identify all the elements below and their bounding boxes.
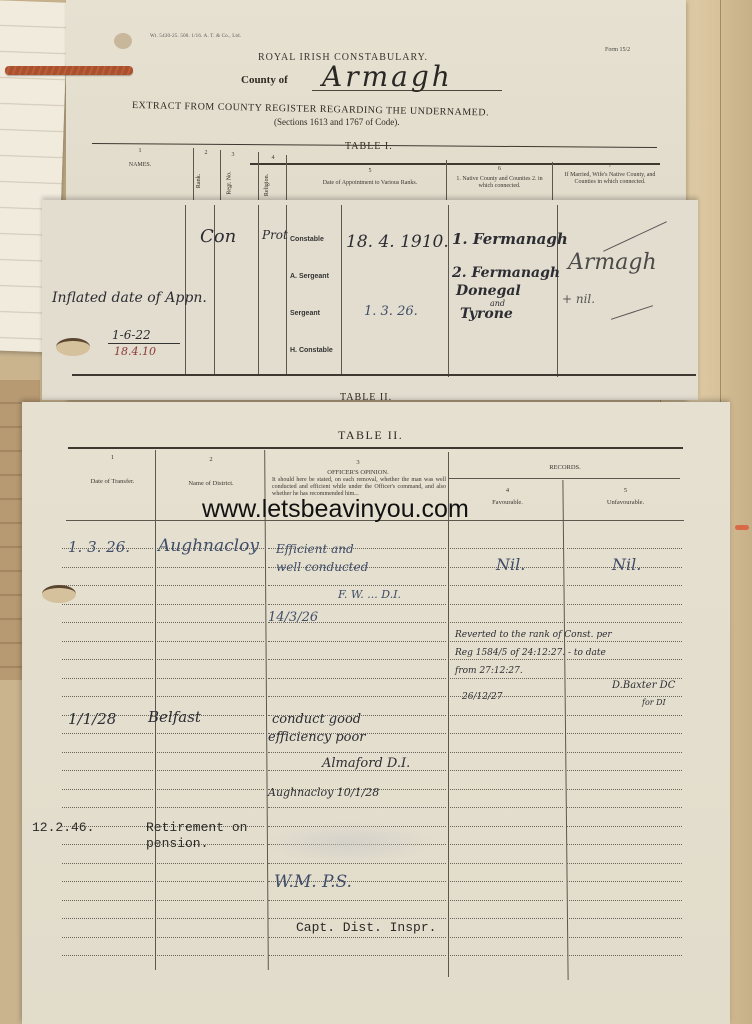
dotted-rule — [268, 937, 446, 938]
table1-title: TABLE I. — [345, 141, 393, 152]
dotted-rule — [268, 696, 446, 697]
dotted-rule — [450, 844, 563, 845]
dotted-rule — [268, 678, 446, 679]
dotted-rule — [157, 752, 264, 753]
dotted-rule — [62, 807, 153, 808]
row3-opinion-line1: conduct good — [272, 712, 361, 727]
dotted-rule — [450, 622, 563, 623]
t2-col3-label: OFFICER'S OPINION. — [270, 469, 446, 476]
t1-col3-num: 3 — [223, 152, 243, 159]
t2-col4-num: 4 — [450, 487, 565, 494]
dotted-rule — [450, 585, 563, 586]
row3-place-date: Aughnacloy 10/1/28 — [268, 786, 379, 799]
records-rule — [448, 478, 680, 479]
dotted-rule — [450, 826, 563, 827]
dotted-rule — [157, 733, 264, 734]
county-label: County of — [241, 74, 288, 86]
connected-county-3: Tyrone — [460, 306, 513, 322]
binding-string — [5, 66, 133, 75]
dotted-rule — [157, 622, 264, 623]
dotted-rule — [567, 881, 682, 882]
dotted-rule — [157, 789, 264, 790]
table2-title: TABLE II. — [338, 428, 403, 443]
dotted-rule — [62, 604, 153, 605]
rank-value: Con — [200, 226, 236, 247]
t1-col1-label: NAMES. — [110, 162, 170, 169]
row1-opinion-line2: well conducted — [276, 560, 368, 574]
row4-district: Retirement on pension. — [146, 820, 256, 852]
t1-col4-label: Religion. — [264, 174, 270, 196]
dotted-rule — [157, 641, 264, 642]
rank-label-a-sergeant: A. Sergeant — [290, 273, 329, 280]
dotted-rule — [157, 937, 264, 938]
dotted-rule — [62, 585, 153, 586]
dotted-rule — [157, 807, 264, 808]
form-number: Form 15/2 — [605, 47, 630, 53]
row3-date: 1/1/28 — [68, 710, 116, 728]
t1-body-divider — [341, 205, 342, 375]
dotted-rule — [268, 604, 446, 605]
t1-col5-num: 5 — [300, 168, 440, 175]
rank-label-h-constable: H. Constable — [290, 347, 333, 354]
dotted-rule — [157, 678, 264, 679]
connected-county-2: Donegal — [456, 283, 521, 299]
dotted-rule — [567, 844, 682, 845]
t2-col5-label: Unfavourable. — [568, 499, 683, 506]
dotted-rule — [567, 622, 682, 623]
dotted-rule — [450, 807, 563, 808]
county-value: Armagh — [322, 60, 453, 93]
row3-signature: Almaford D.I. — [322, 756, 410, 771]
dotted-rule — [567, 715, 682, 716]
dotted-rule — [62, 937, 153, 938]
dotted-rule — [567, 826, 682, 827]
dotted-rule — [567, 678, 682, 679]
dotted-rule — [62, 844, 153, 845]
dotted-rule — [157, 918, 264, 919]
constable-date: 18. 4. 1910. — [346, 232, 449, 252]
row1-signed-date: 14/3/26 — [268, 610, 318, 625]
dotted-rule — [268, 918, 446, 919]
dotted-rule — [450, 715, 563, 716]
dotted-rule — [157, 696, 264, 697]
row4-date: 12.2.46. — [32, 820, 94, 835]
record-signature-sub: for DI — [642, 698, 666, 707]
rank-label-constable: Constable — [290, 236, 324, 243]
record-note-line2: Reg 1584/5 of 24:12:27. - to date — [455, 648, 606, 658]
dotted-rule — [157, 567, 264, 568]
dotted-rule — [450, 548, 563, 549]
dotted-rule — [62, 770, 153, 771]
dotted-rule — [62, 567, 153, 568]
dotted-rule — [567, 918, 682, 919]
dotted-rule — [268, 585, 446, 586]
t1-col3-label: Regr. No. — [227, 171, 233, 194]
row1-signature: F. W. ... D.I. — [338, 588, 401, 601]
row3-opinion-line2: efficiency poor — [268, 730, 366, 745]
t1-col6-num: 6 — [452, 166, 547, 173]
dotted-rule — [157, 955, 264, 956]
wife-county: Armagh — [568, 250, 657, 275]
dotted-rule — [450, 918, 563, 919]
dotted-rule — [567, 696, 682, 697]
wife-connected: + nil. — [562, 292, 595, 306]
religion-value: Prot — [262, 228, 288, 242]
dotted-rule — [157, 900, 264, 901]
dotted-rule — [157, 604, 264, 605]
rank-label-sergeant: Sergeant — [290, 310, 320, 317]
t1-col6-label: 1. Native County and Counties 2. in whic… — [452, 176, 547, 190]
dotted-rule — [62, 733, 153, 734]
dotted-rule — [450, 881, 563, 882]
dotted-rule — [62, 900, 153, 901]
dotted-rule — [567, 900, 682, 901]
dotted-rule — [567, 937, 682, 938]
row4-signature: W.M. P.S. — [274, 872, 352, 892]
table1-bottom-rule — [72, 374, 696, 376]
record-date: 26/12/27 — [462, 692, 502, 702]
dotted-rule — [450, 937, 563, 938]
row1-favourable: Nil. — [496, 555, 525, 574]
t2-col5-num: 5 — [568, 487, 683, 494]
t1-col4-num: 4 — [261, 155, 285, 162]
stain — [114, 33, 132, 49]
dotted-rule — [450, 641, 563, 642]
row3-district: Belfast — [148, 708, 201, 726]
dotted-rule — [62, 863, 153, 864]
t1-col5-label: Date of Appointment to Various Ranks. — [305, 180, 435, 187]
dotted-rule — [157, 881, 264, 882]
watermark: www.letsbeavinyou.com — [202, 495, 469, 524]
punch-hole — [56, 338, 90, 356]
dotted-rule — [567, 770, 682, 771]
dotted-rule — [268, 807, 446, 808]
record-note-line3: from 27:12:27. — [455, 666, 523, 676]
document-subtitle: (Sections 1613 and 1767 of Code). — [274, 117, 399, 127]
t2-divider — [448, 452, 449, 977]
dotted-rule — [567, 548, 682, 549]
dotted-rule — [567, 641, 682, 642]
dotted-rule — [567, 585, 682, 586]
dotted-rule — [450, 604, 563, 605]
t1-body-divider — [448, 205, 449, 377]
dotted-rule — [567, 659, 682, 660]
row4-title: Capt. Dist. Inspr. — [296, 920, 436, 935]
table2-top-rule — [68, 447, 683, 449]
row1-district: Aughnacloy — [158, 536, 259, 556]
row1-opinion-line1: Efficient and — [276, 542, 354, 556]
dotted-rule — [268, 641, 446, 642]
dotted-rule — [62, 641, 153, 642]
note-new-date: 1-6-22 — [112, 328, 151, 342]
dotted-rule — [268, 955, 446, 956]
punch-hole-2 — [42, 585, 76, 603]
dotted-rule — [450, 789, 563, 790]
t1-col7-label: If Married, Wife's Native County, and Co… — [558, 172, 662, 186]
row1-unfavourable: Nil. — [612, 555, 641, 574]
t2-col1-label: Date of Transfer. — [70, 478, 155, 485]
dotted-rule — [157, 863, 264, 864]
t2-records-label: RECORDS. — [450, 464, 680, 471]
dotted-rule — [450, 659, 563, 660]
t2-col1-num: 1 — [70, 454, 155, 461]
dotted-rule — [157, 585, 264, 586]
dotted-rule — [268, 900, 446, 901]
dotted-rule — [62, 696, 153, 697]
dotted-rule — [450, 900, 563, 901]
t1-body-divider — [258, 205, 259, 375]
dotted-rule — [450, 733, 563, 734]
dotted-rule — [62, 622, 153, 623]
red-mark — [735, 525, 749, 530]
note-fraction-line — [108, 343, 180, 344]
dotted-rule — [62, 659, 153, 660]
t2-col2-num: 2 — [158, 456, 264, 463]
row1-date: 1. 3. 26. — [68, 538, 130, 556]
record-signature: D.Baxter DC — [612, 680, 675, 691]
t2-col2-label: Name of District. — [158, 480, 264, 487]
dotted-rule — [62, 881, 153, 882]
dotted-rule — [450, 863, 563, 864]
dotted-rule — [567, 733, 682, 734]
dotted-rule — [567, 807, 682, 808]
t1-col7-num: 7 — [560, 163, 660, 170]
dotted-rule — [450, 955, 563, 956]
dotted-rule — [62, 955, 153, 956]
printer-line: Wt. 5430-25. 500. 1/16. A. T. & Co., Ltd… — [150, 34, 241, 39]
connected-county-1: 2. Fermanagh — [452, 265, 560, 281]
dotted-rule — [567, 863, 682, 864]
record-note-line1: Reverted to the rank of Const. per — [455, 630, 612, 640]
dotted-rule — [157, 659, 264, 660]
dotted-rule — [567, 752, 682, 753]
dotted-rule — [62, 752, 153, 753]
stamp-smudge — [262, 822, 437, 864]
dotted-rule — [450, 678, 563, 679]
dotted-rule — [450, 752, 563, 753]
note-inflated-date: Inflated date of Appn. — [52, 290, 207, 306]
t1-col2-label: Rank. — [196, 174, 202, 188]
dotted-rule — [62, 678, 153, 679]
t1-col1-num: 1 — [110, 148, 170, 155]
native-county: 1. Fermanagh — [452, 230, 568, 248]
dotted-rule — [62, 789, 153, 790]
dotted-rule — [567, 955, 682, 956]
dotted-rule — [268, 752, 446, 753]
dotted-rule — [450, 770, 563, 771]
sergeant-date: 1. 3. 26. — [364, 304, 418, 319]
note-old-date: 18.4.10 — [114, 345, 156, 358]
dotted-rule — [567, 604, 682, 605]
dotted-rule — [268, 659, 446, 660]
dotted-rule — [567, 789, 682, 790]
dotted-rule — [157, 770, 264, 771]
t1-col2-num: 2 — [196, 150, 216, 157]
t2-col3-num: 3 — [270, 459, 446, 466]
dotted-rule — [62, 918, 153, 919]
